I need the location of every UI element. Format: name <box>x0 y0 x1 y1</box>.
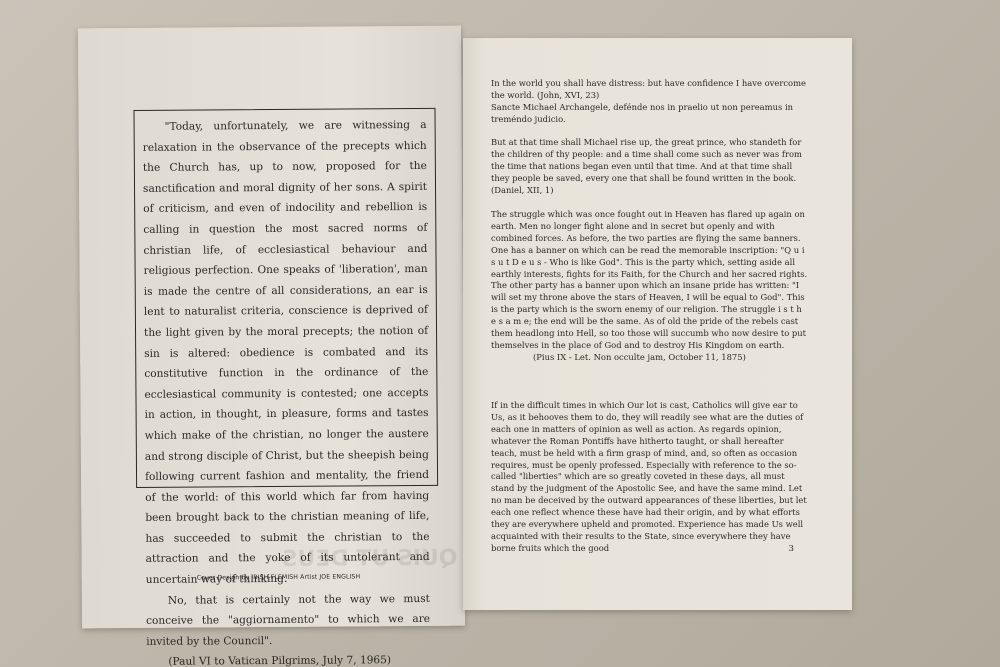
pius-quote: The struggle which was once fought out i… <box>491 209 809 352</box>
quote-attribution: (Paul VI to Vatican Pilgrims, July 7, 19… <box>146 650 430 667</box>
cover-credit: Cover Design by IRISH-FLEMISH Artist JOE… <box>197 573 361 581</box>
latin-prayer: Sancte Michael Archangele, defénde nos i… <box>491 102 809 126</box>
john-quote: In the world you shall have distress: bu… <box>491 78 809 102</box>
pius-block: The struggle which was once fought out i… <box>491 209 809 364</box>
quote-paragraph-2: No, that is certainly not the way we mus… <box>146 589 430 653</box>
quote-box: "Today, unfortunately, we are witnessing… <box>133 108 438 488</box>
left-page: QUIS UT DEUS "Today, unfortunately, we a… <box>78 26 465 629</box>
opinion-block: If in the difficult times in which Our l… <box>491 400 809 555</box>
scripture-block: In the world you shall have distress: bu… <box>491 78 809 126</box>
page-number: 3 <box>789 544 794 554</box>
daniel-block: But at that time shall Michael rise up, … <box>491 137 809 197</box>
right-page: In the world you shall have distress: bu… <box>463 38 852 610</box>
opinion-text: If in the difficult times in which Our l… <box>491 400 809 555</box>
quote-paragraph-1: "Today, unfortunately, we are witnessing… <box>143 115 430 591</box>
pius-attribution: (Pius IX - Let. Non occulte jam, October… <box>491 352 809 364</box>
daniel-quote: But at that time shall Michael rise up, … <box>491 137 809 197</box>
